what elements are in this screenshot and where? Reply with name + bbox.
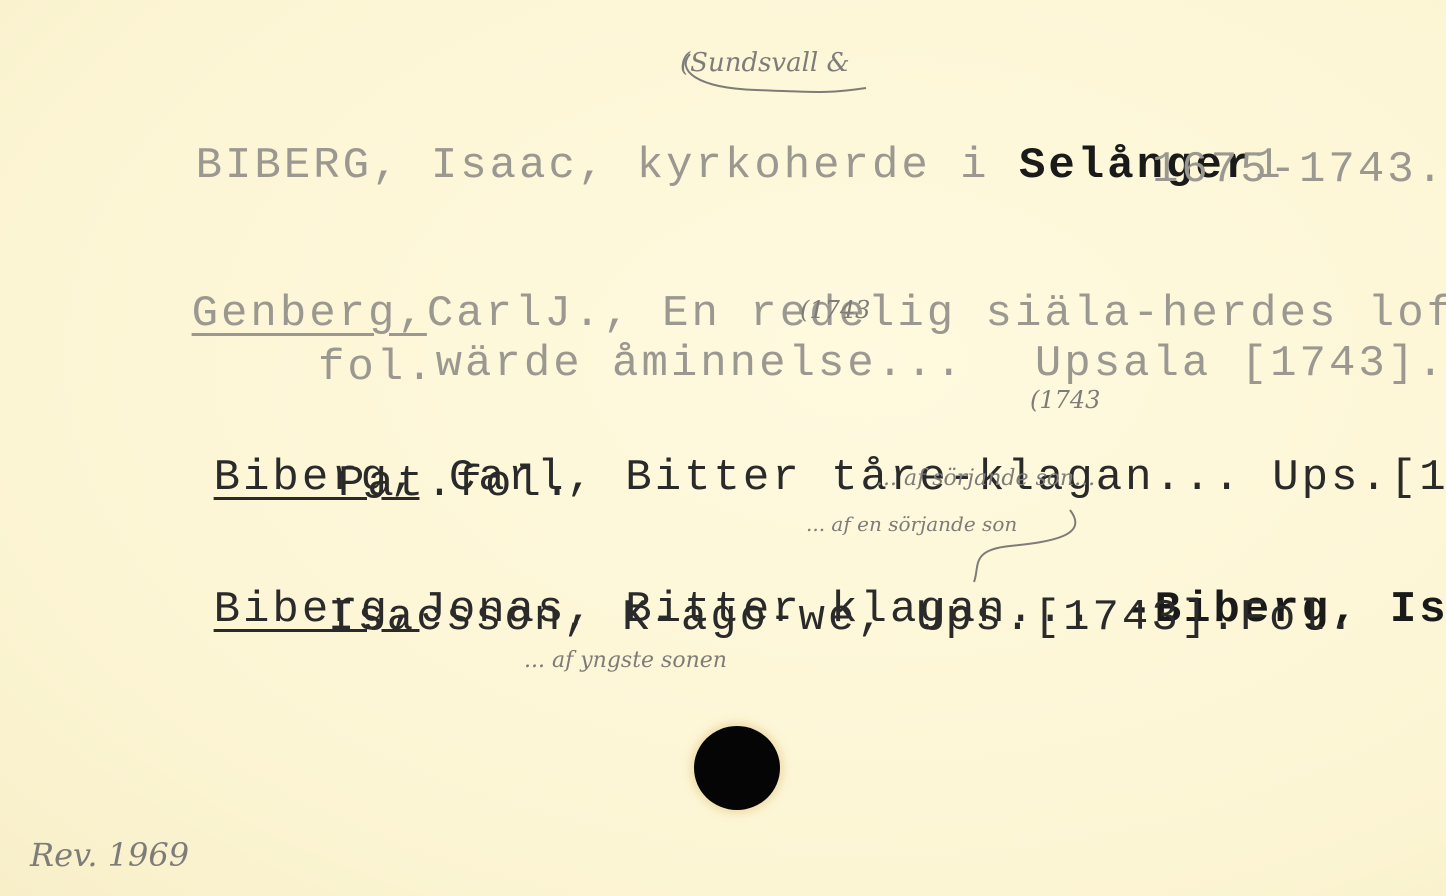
heading-line: BIBERG, Isaac, kyrkoherde i Selånger1	[78, 100, 1284, 232]
pencil-note-carl: ... af sörjande son...	[876, 466, 1095, 491]
revision-note: Rev. 1969	[30, 836, 189, 874]
entry-jonas-line2: Isacsson, K-ago-we, Ups.[1743].Fol.	[328, 596, 1357, 640]
entry-genberg-title-2: wärde åminnelse...	[436, 339, 965, 389]
punch-hole	[694, 726, 780, 810]
heading-surname: BIBERG,	[196, 141, 402, 191]
catalog-card: (Sundsvall & BIBERG, Isaac, kyrkoherde i…	[0, 0, 1446, 896]
pencil-insert-arc	[676, 50, 876, 100]
heading-forename: Isaac,	[431, 141, 607, 191]
pencil-note-jonas-below: ... af yngste sonen	[524, 648, 727, 673]
heading-title: kyrkoherde i	[637, 141, 990, 191]
entry-genberg-line2: wärde åminnelse...Upsala [1743]. Pat.-	[318, 298, 1446, 430]
entry-genberg-imprint: Upsala [1743]. Pat.-	[1035, 339, 1446, 389]
heading-dates: 1675-1743.	[1152, 148, 1446, 192]
entry-carl-line2: Pat.fol.	[338, 462, 573, 506]
pencil-year-carl: (1743	[1030, 386, 1100, 414]
pencil-year-genberg: (1743	[800, 296, 870, 324]
entry-carl-line1: Biberg, Carl, Bitter tåre-klagan... Ups.…	[96, 412, 1446, 544]
entry-genberg-line3: fol.	[318, 346, 436, 390]
